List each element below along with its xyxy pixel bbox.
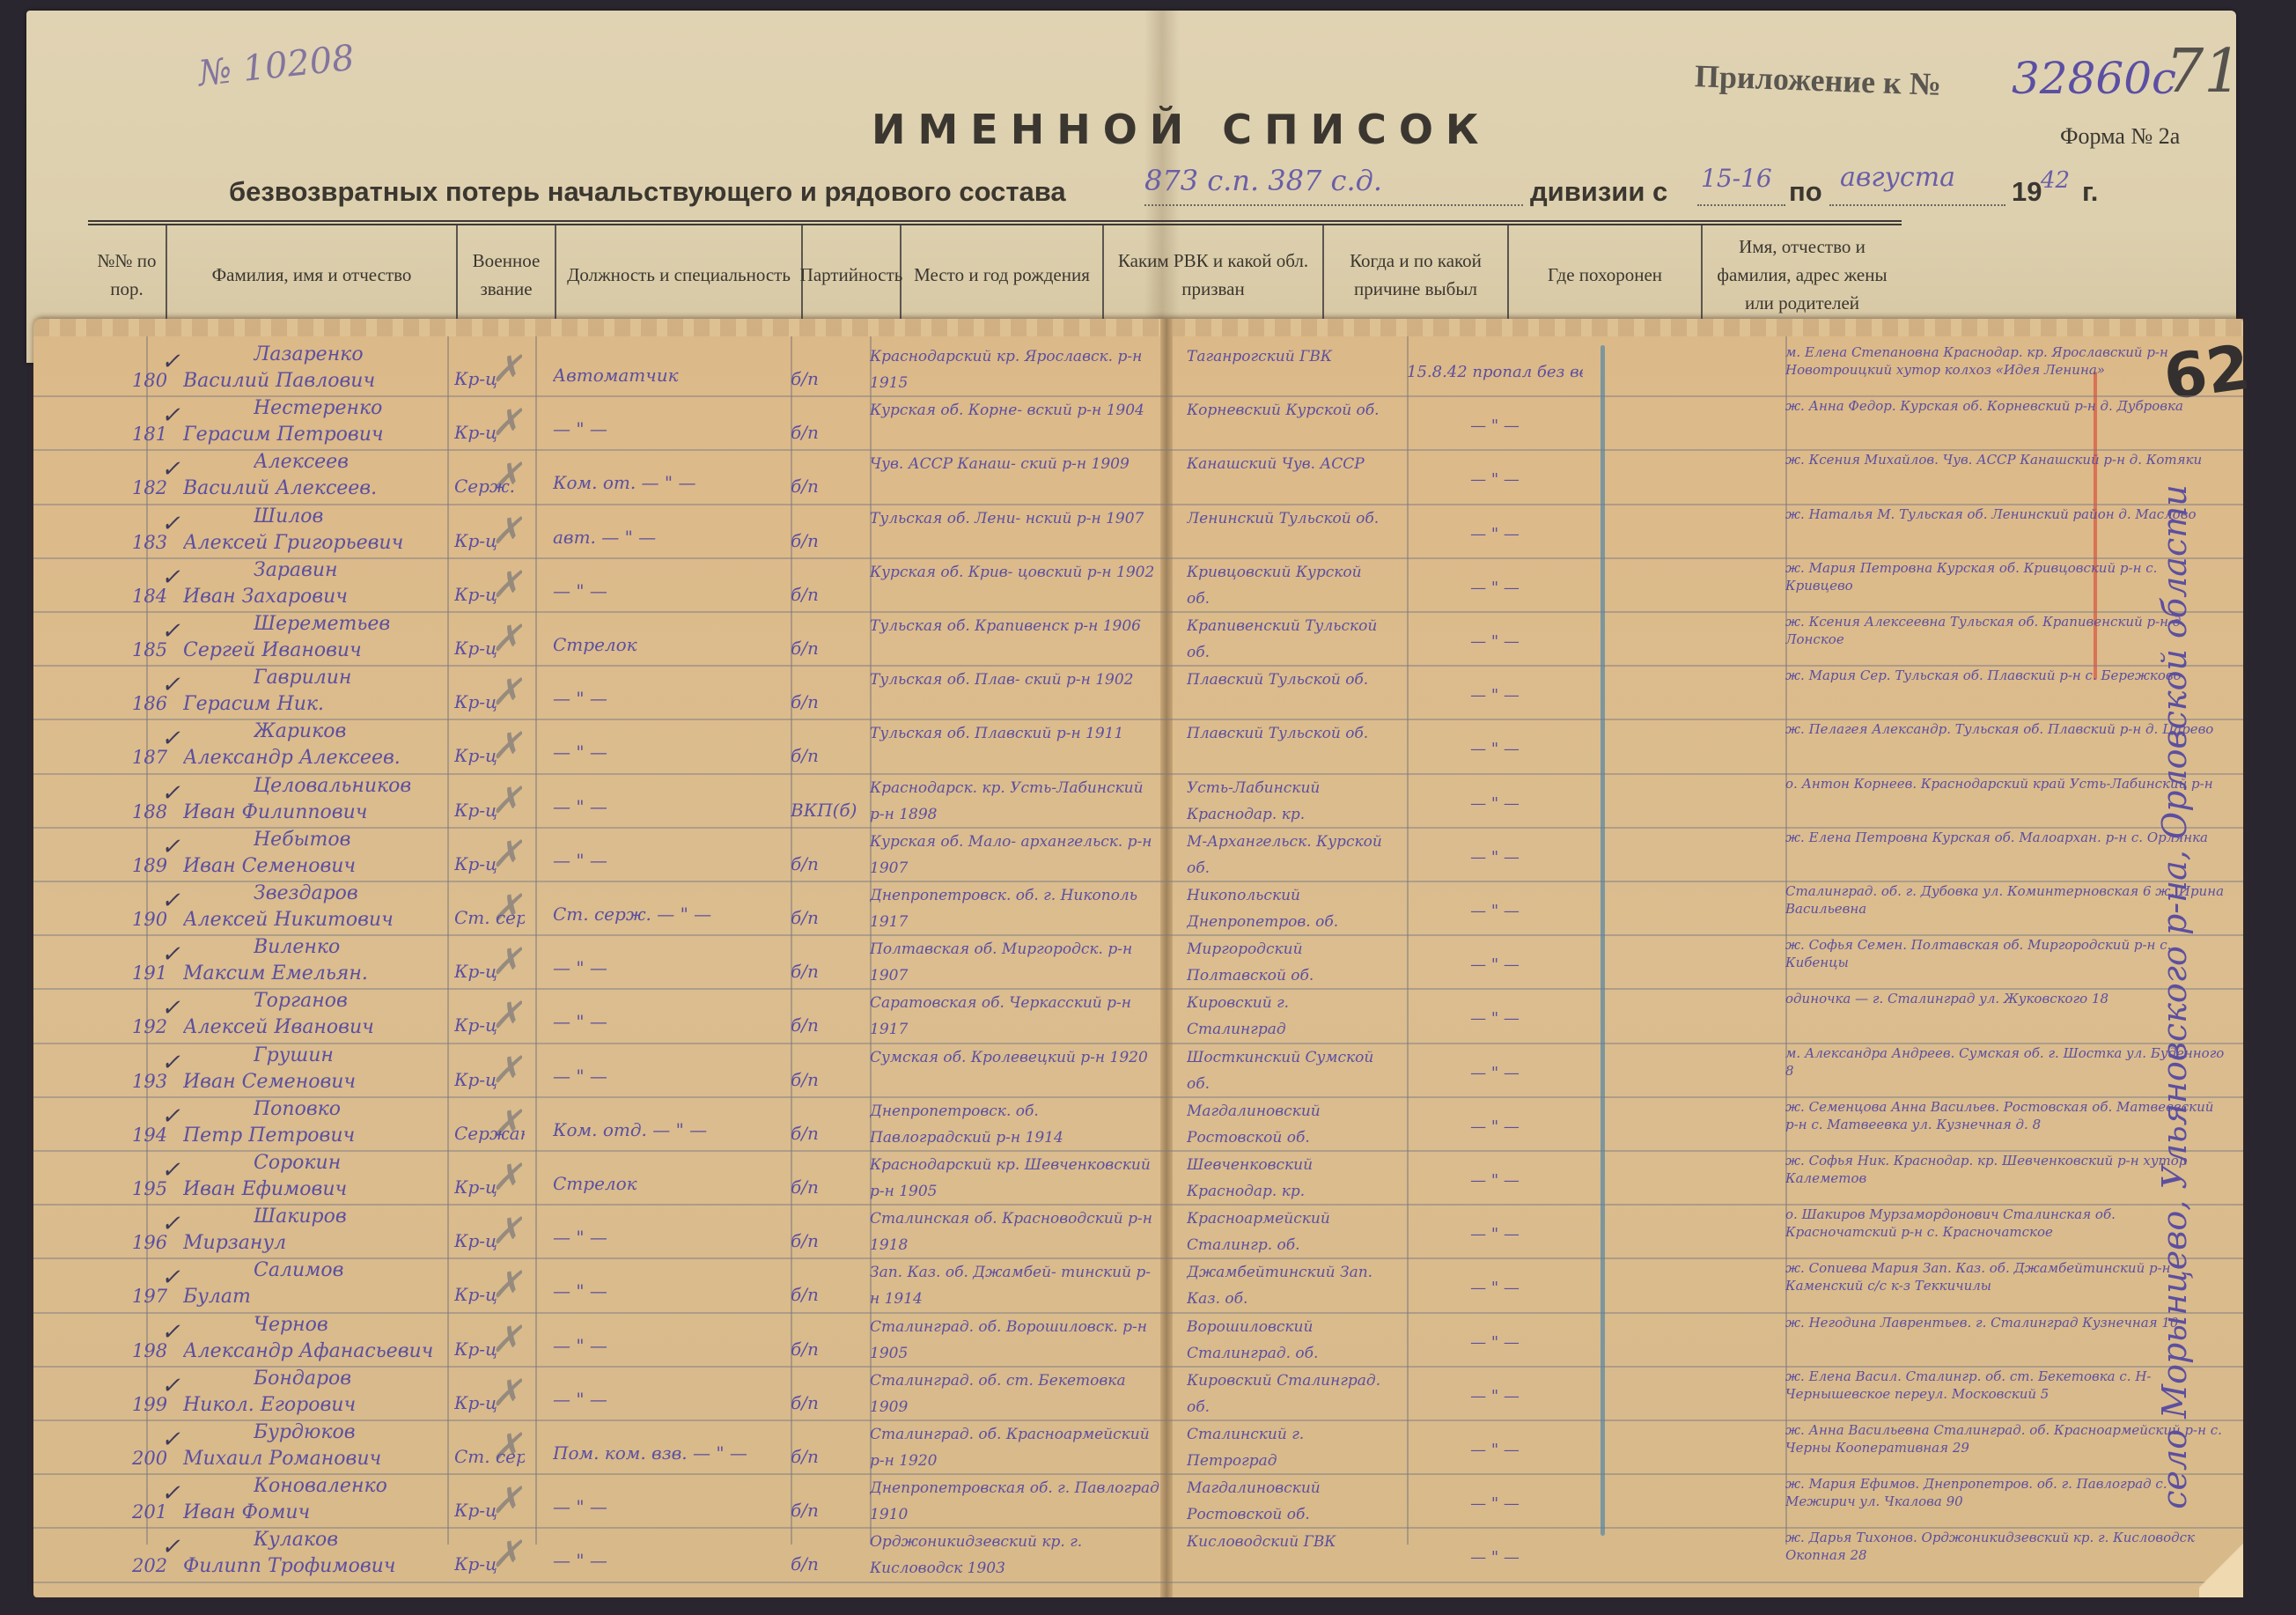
military-rank: Кр-ц [454, 368, 525, 389]
position: Ком. отд. — " — [553, 1119, 817, 1140]
surname: Бурдюков [254, 1421, 356, 1443]
military-rank: Кр-ц [454, 1014, 525, 1036]
row-number: 180 [132, 370, 169, 391]
surname: Салимов [254, 1259, 343, 1281]
date-reason: — " — [1407, 1279, 1583, 1297]
subtitle-text: безвозвратных потерь начальствующего и р… [229, 176, 1066, 208]
drafted-by: Шевченковский Краснодар. кр. [1187, 1152, 1389, 1205]
row-number: 196 [132, 1232, 169, 1253]
col-header-name: Фамилия, имя и отчество [167, 225, 458, 324]
row-number: 199 [132, 1394, 169, 1415]
row-number: 201 [132, 1501, 169, 1523]
table-row: ✓✗199БондаровНикол. ЕгоровичКр-ц— " —б/п… [33, 1368, 2243, 1421]
position: — " — [553, 418, 817, 439]
col-header-party: Партийность [803, 225, 901, 324]
surname: Заравин [254, 559, 338, 581]
table-row: ✓✗186ГаврилинГерасим Ник.Кр-ц— " —б/пТул… [33, 667, 2243, 720]
surname: Нестеренко [254, 397, 382, 419]
date-reason: — " — [1407, 848, 1583, 866]
date-to: августа [1840, 162, 1955, 193]
date-reason: — " — [1407, 1117, 1583, 1136]
drafted-by: Плавский Тульской об. [1187, 720, 1389, 747]
drafted-by: Кисловодский ГВК [1187, 1529, 1389, 1555]
table-row: ✓✗185ШереметьевСергей ИвановичКр-цСтрело… [33, 613, 2243, 667]
given-name: Герасим Петрович [183, 424, 447, 446]
surname: Гаврилин [254, 667, 351, 689]
given-name: Мирзанул [183, 1232, 447, 1254]
document-subtitle: безвозвратных потерь начальствующего и р… [229, 176, 2078, 211]
table-row: ✓✗195СорокинИван ЕфимовичКр-цСтрелокб/пК… [33, 1152, 2243, 1206]
col-header-when-why: Когда и по какой причине выбыл [1324, 225, 1509, 324]
date-reason: — " — [1407, 525, 1583, 543]
birthplace-year: Тульская об. Крапивенск р-н 1906 [870, 613, 1160, 639]
drafted-by: Кировский г. Сталинград [1187, 990, 1389, 1043]
birthplace-year: Зап. Каз. об. Джамбей- тинский р-н 1914 [870, 1259, 1160, 1312]
birthplace-year: Саратовская об. Черкасский р-н 1917 [870, 990, 1160, 1043]
position: авт. — " — [553, 527, 817, 548]
party-membership: б/п [791, 853, 819, 874]
row-number: 190 [132, 909, 169, 930]
table-row: ✓✗182АлексеевВасилий Алексеев.Серж.Ком. … [33, 451, 2243, 505]
drafted-by: Джамбейтинский Зап. Каз. об. [1187, 1259, 1389, 1312]
col-header-number: №№ по пор. [88, 225, 167, 324]
table-row: ✓✗184ЗаравинИван ЗахаровичКр-ц— " —б/пКу… [33, 559, 2243, 613]
birthplace-year: Краснодарск. кр. Усть-Лабинский р-н 1898 [870, 775, 1160, 828]
birthplace-year: Тульская об. Плав- ский р-н 1902 [870, 667, 1160, 693]
given-name: Михаил Романович [183, 1448, 447, 1470]
appendix-label: Приложение к № [1694, 57, 1941, 103]
birthplace-year: Курская об. Мало- архангельск. р-н 1907 [870, 829, 1160, 881]
given-name: Алексей Никитович [183, 909, 447, 931]
surname: Звездаров [254, 882, 358, 904]
birthplace-year: Тульская об. Лени- нский р-н 1907 [870, 505, 1160, 532]
date-reason: — " — [1407, 686, 1583, 704]
given-name: Иван Фомич [183, 1501, 447, 1523]
col-header-relatives: Имя, отчество и фамилия, адрес жены или … [1703, 225, 1902, 324]
table-row: ✓✗190ЗвездаровАлексей НикитовичСт. серж.… [33, 882, 2243, 936]
drafted-by: Магдалиновский Ростовской об. [1187, 1098, 1389, 1151]
military-rank: Кр-ц [454, 691, 525, 712]
date-reason: — " — [1407, 794, 1583, 813]
date-reason: — " — [1407, 579, 1583, 597]
date-reason: — " — [1407, 1494, 1583, 1513]
birthplace-year: Курская об. Крив- цовский р-н 1902 [870, 559, 1160, 586]
table-row: ✓✗193ГрушинИван СеменовичКр-ц— " —б/пСум… [33, 1044, 2243, 1098]
surname: Сорокин [254, 1152, 341, 1174]
drafted-by: Сталинский г. Петроград [1187, 1421, 1389, 1474]
party-membership: б/п [791, 907, 819, 928]
date-reason: — " — [1407, 1333, 1583, 1352]
position: — " — [553, 1066, 817, 1087]
drafted-by: Магдалиновский Ростовской об. [1187, 1475, 1389, 1528]
military-rank: Ст. серж. [454, 1446, 525, 1467]
birthplace-year: Сталинград. об. ст. Бекетовка 1909 [870, 1368, 1160, 1420]
date-reason: — " — [1407, 1064, 1583, 1082]
col-header-rank: Военное звание [458, 225, 556, 324]
table-row: ✓✗180ЛазаренкоВасилий ПавловичКр-цАвтома… [33, 343, 2243, 397]
birthplace-year: Днепропетровск. об. г. Никополь 1917 [870, 882, 1160, 935]
party-membership: б/п [791, 1338, 819, 1360]
drafted-by: Крапивенский Тульской об. [1187, 613, 1389, 666]
given-name: Булат [183, 1286, 447, 1308]
party-membership: б/п [791, 476, 819, 497]
position: Стрелок [553, 1173, 817, 1194]
appendix-number: 32860с [2012, 53, 2176, 104]
party-membership: б/п [791, 1553, 819, 1574]
military-rank: Сержант [454, 1123, 525, 1144]
military-rank: Кр-ц [454, 1176, 525, 1198]
party-membership: б/п [791, 584, 819, 605]
birthplace-year: Сталинская об. Красноводский р-н 1918 [870, 1206, 1160, 1258]
drafted-by: М-Архангельск. Курской об. [1187, 829, 1389, 881]
handwritten-list-sheet: 62 ✓✗180ЛазаренкоВасилий ПавловичКр-цАвт… [33, 319, 2243, 1597]
row-number: 188 [132, 801, 169, 822]
birthplace-year: Краснодарский кр. Ярославск. р-н 1915 [870, 343, 1160, 396]
military-rank: Кр-ц [454, 422, 525, 443]
surname: Виленко [254, 936, 340, 958]
military-rank: Кр-ц [454, 1230, 525, 1251]
year-value: 42 [2041, 167, 2070, 194]
surname: Кулаков [254, 1529, 338, 1551]
table-row: ✓✗201КоноваленкоИван ФомичКр-ц— " —б/пДн… [33, 1475, 2243, 1529]
given-name: Алексей Григорьевич [183, 532, 447, 554]
row-number: 192 [132, 1016, 169, 1037]
party-membership: б/п [791, 745, 819, 766]
table-row: ✓✗197СалимовБулатКр-ц— " —б/пЗап. Каз. о… [33, 1259, 2243, 1313]
drafted-by: Корневский Курской об. [1187, 397, 1389, 424]
row-number: 181 [132, 424, 169, 445]
military-rank: Кр-ц [454, 853, 525, 874]
burial-place: село Морынцево, Ульяновского р-на, Орлов… [2155, 433, 2208, 1560]
date-reason: — " — [1407, 417, 1583, 435]
position: Стрелок [553, 634, 817, 655]
row-number: 197 [132, 1286, 169, 1307]
drafted-by: Таганрогский ГВК [1187, 343, 1389, 370]
position: — " — [553, 580, 817, 601]
table-row: ✓✗198ЧерновАлександр АфанасьевичКр-ц— " … [33, 1314, 2243, 1368]
table-row: ✓✗191ВиленкоМаксим Емельян.Кр-ц— " —б/пП… [33, 936, 2243, 990]
party-membership: б/п [791, 1230, 819, 1251]
birthplace-year: Курская об. Корне- вский р-н 1904 [870, 397, 1160, 424]
given-name: Филипп Трофимович [183, 1555, 447, 1577]
party-membership: б/п [791, 691, 819, 712]
year-suffix: г. [2082, 176, 2098, 208]
given-name: Максим Емельян. [183, 962, 447, 984]
surname: Лазаренко [254, 343, 364, 365]
surname: Грушин [254, 1044, 334, 1066]
col-header-position: Должность и специальность [556, 225, 803, 324]
birthplace-year: Днепропетровская об. г. Павлоград 1910 [870, 1475, 1160, 1528]
col-header-birthplace: Место и год рождения [901, 225, 1104, 324]
surname: Поповко [254, 1098, 341, 1120]
date-from: 15-16 [1701, 164, 1772, 193]
party-membership: б/п [791, 1284, 819, 1305]
drafted-by: Ленинский Тульской об. [1187, 505, 1389, 532]
surname: Чернов [254, 1314, 328, 1336]
position: — " — [553, 1280, 817, 1302]
col-header-drafted: Каким РВК и какой обл. призван [1104, 225, 1324, 324]
position: — " — [553, 1227, 817, 1248]
date-reason: — " — [1407, 1225, 1583, 1243]
given-name: Алексей Иванович [183, 1016, 447, 1038]
position: Автоматчик [553, 365, 817, 386]
form-header-sheet: № 10208 ИМЕННОЙ СПИСОК Приложение к № 32… [26, 11, 2236, 363]
military-rank: Ст. серж. [454, 907, 525, 928]
position: Ст. серж. — " — [553, 903, 817, 925]
given-name: Василий Павлович [183, 370, 447, 392]
military-rank: Кр-ц [454, 584, 525, 605]
surname: Шакиров [254, 1206, 347, 1228]
date-reason: — " — [1407, 955, 1583, 974]
party-membership: б/п [791, 530, 819, 551]
date-reason: — " — [1407, 1441, 1583, 1459]
table-row: ✓✗187ЖариковАлександр Алексеев.Кр-ц— " —… [33, 720, 2243, 774]
military-rank: Кр-ц [454, 745, 525, 766]
relatives-address: ж. Анна Федор. Курская об. Корневский р-… [1785, 397, 2226, 415]
party-membership: б/п [791, 422, 819, 443]
row-number: 184 [132, 586, 169, 607]
birthplace-year: Сталинград. об. Ворошиловск. р-н 1905 [870, 1314, 1160, 1367]
date-reason: — " — [1407, 470, 1583, 489]
position: — " — [553, 1011, 817, 1032]
birthplace-year: Сумская об. Кролевецкий р-н 1920 [870, 1044, 1160, 1071]
military-rank: Кр-ц [454, 961, 525, 982]
surname: Торганов [254, 990, 348, 1012]
row-number: 189 [132, 855, 169, 876]
position: — " — [553, 850, 817, 871]
row-number: 187 [132, 747, 169, 768]
row-number: 186 [132, 693, 169, 714]
row-number: 191 [132, 962, 169, 984]
party-membership: б/п [791, 1500, 819, 1521]
surname: Небытов [254, 829, 350, 851]
row-number: 182 [132, 477, 169, 498]
surname: Целовальников [254, 775, 411, 797]
military-rank: Кр-ц [454, 800, 525, 821]
row-number: 185 [132, 639, 169, 660]
given-name: Иван Семенович [183, 855, 447, 877]
position: — " — [553, 796, 817, 817]
date-reason: — " — [1407, 1009, 1583, 1028]
military-rank: Кр-ц [454, 638, 525, 659]
row-number: 195 [132, 1178, 169, 1199]
surname: Алексеев [254, 451, 349, 473]
drafted-by: Кировский Сталинград. об. [1187, 1368, 1389, 1420]
archive-stamp-number: № 10208 [196, 38, 357, 94]
position: — " — [553, 1389, 817, 1410]
row-number: 183 [132, 532, 169, 553]
party-membership: б/п [791, 1176, 819, 1198]
division-label: дивизии с [1530, 176, 1667, 208]
party-membership: б/п [791, 638, 819, 659]
table-row: ✓✗189НебытовИван СеменовичКр-ц— " —б/пКу… [33, 829, 2243, 882]
position: — " — [553, 1550, 817, 1571]
table-row: ✓✗188ЦеловальниковИван ФилипповичКр-ц— "… [33, 775, 2243, 829]
col-header-buried: Где похоронен [1509, 225, 1703, 324]
drafted-by: Кривцовский Курской об. [1187, 559, 1389, 612]
surname: Жариков [254, 720, 346, 742]
drafted-by: Канашский Чув. АССР [1187, 451, 1389, 477]
given-name: Иван Филиппович [183, 801, 447, 823]
position: Пом. ком. взв. — " — [553, 1442, 817, 1464]
date-to-label: по [1789, 176, 1822, 208]
party-membership: б/п [791, 961, 819, 982]
position: — " — [553, 688, 817, 709]
drafted-by: Никопольский Днепропетров. об. [1187, 882, 1389, 935]
birthplace-year: Полтавская об. Миргородск. р-н 1907 [870, 936, 1160, 989]
position: — " — [553, 1496, 817, 1517]
drafted-by: Шосткинский Сумской об. [1187, 1044, 1389, 1097]
party-membership: б/п [791, 1014, 819, 1036]
birthplace-year: Днепропетровск. об. Павлоградский р-н 19… [870, 1098, 1160, 1151]
given-name: Герасим Ник. [183, 693, 447, 715]
military-rank: Кр-ц [454, 1284, 525, 1305]
surname: Коноваленко [254, 1475, 387, 1497]
military-rank: Серж. [454, 476, 525, 497]
given-name: Никол. Егорович [183, 1394, 447, 1416]
table-row: ✓✗183ШиловАлексей ГригорьевичКр-цавт. — … [33, 505, 2243, 559]
position: — " — [553, 741, 817, 763]
drafted-by: Усть-Лабинский Краснодар. кр. [1187, 775, 1389, 828]
date-reason: — " — [1407, 1387, 1583, 1405]
birthplace-year: Тульская об. Плавский р-н 1911 [870, 720, 1160, 747]
table-row: ✓✗196ШакировМирзанулКр-ц— " —б/пСталинск… [33, 1206, 2243, 1259]
position: — " — [553, 957, 817, 978]
date-reason: — " — [1407, 1171, 1583, 1190]
birthplace-year: Сталинград. об. Красноармейский р-н 1920 [870, 1421, 1160, 1474]
surname: Шилов [254, 505, 323, 527]
date-reason: — " — [1407, 902, 1583, 920]
party-membership: б/п [791, 1392, 819, 1413]
given-name: Сергей Иванович [183, 639, 447, 661]
given-name: Василий Алексеев. [183, 477, 447, 499]
military-rank: Кр-ц [454, 1500, 525, 1521]
row-number: 193 [132, 1071, 169, 1092]
date-reason: — " — [1407, 1548, 1583, 1567]
form-number: Форма № 2а [2060, 123, 2180, 150]
given-name: Петр Петрович [183, 1125, 447, 1147]
given-name: Александр Алексеев. [183, 747, 447, 769]
military-rank: Кр-ц [454, 1392, 525, 1413]
date-reason: — " — [1407, 632, 1583, 651]
row-number: 194 [132, 1125, 169, 1146]
torn-edge [33, 319, 2243, 336]
party-membership: б/п [791, 1069, 819, 1090]
document-title: ИМЕННОЙ СПИСОК [872, 106, 1491, 153]
surname: Шереметьев [254, 613, 390, 635]
party-membership: б/п [791, 1123, 819, 1144]
row-number: 198 [132, 1340, 169, 1361]
birthplace-year: Чув. АССР Канаш- ский р-н 1909 [870, 451, 1160, 477]
drafted-by: Красноармейский Сталингр. об. [1187, 1206, 1389, 1258]
given-name: Иван Семенович [183, 1071, 447, 1093]
sheet-number: 71 [2166, 37, 2242, 107]
unit-handwritten: 873 с.п. 387 с.д. [1144, 164, 1382, 197]
military-rank: Кр-ц [454, 530, 525, 551]
party-membership: б/п [791, 1446, 819, 1467]
position: — " — [553, 1335, 817, 1356]
table-row: ✓✗181НестеренкоГерасим ПетровичКр-ц— " —… [33, 397, 2243, 451]
year-prefix: 19 [2012, 176, 2042, 208]
table-row: ✓✗194ПоповкоПетр ПетровичСержантКом. отд… [33, 1098, 2243, 1152]
party-membership: ВКП(б) [791, 800, 857, 821]
table-row: ✓✗192ТоргановАлексей ИвановичКр-ц— " —б/… [33, 990, 2243, 1043]
military-rank: Кр-ц [454, 1553, 525, 1574]
row-number: 200 [132, 1448, 169, 1469]
table-row: ✓✗202КулаковФилипп ТрофимовичКр-ц— " —б/… [33, 1529, 2243, 1582]
relatives-address: м. Елена Степановна Краснодар. кр. Яросл… [1785, 343, 2226, 379]
military-rank: Кр-ц [454, 1069, 525, 1090]
corner-fold [2199, 1536, 2243, 1597]
drafted-by: Миргородский Полтавской об. [1187, 936, 1389, 989]
row-number: 202 [132, 1555, 169, 1576]
drafted-by: Ворошиловский Сталинград. об. [1187, 1314, 1389, 1367]
surname: Бондаров [254, 1368, 351, 1390]
drafted-by: Плавский Тульской об. [1187, 667, 1389, 693]
table-row: ✓✗200БурдюковМихаил РомановичСт. серж.По… [33, 1421, 2243, 1475]
given-name: Александр Афанасьевич [183, 1340, 447, 1362]
party-membership: б/п [791, 368, 819, 389]
date-reason: 15.8.42 пропал без вести [1407, 363, 1583, 381]
given-name: Иван Ефимович [183, 1178, 447, 1200]
birthplace-year: Орджоникидзевский кр. г. Кисловодск 1903 [870, 1529, 1160, 1582]
date-reason: — " — [1407, 740, 1583, 758]
given-name: Иван Захарович [183, 586, 447, 608]
table-header: №№ по пор. Фамилия, имя и отчество Военн… [88, 220, 1902, 328]
birthplace-year: Краснодарский кр. Шевченковский р-н 1905 [870, 1152, 1160, 1205]
position: Ком. от. — " — [553, 472, 817, 493]
military-rank: Кр-ц [454, 1338, 525, 1360]
